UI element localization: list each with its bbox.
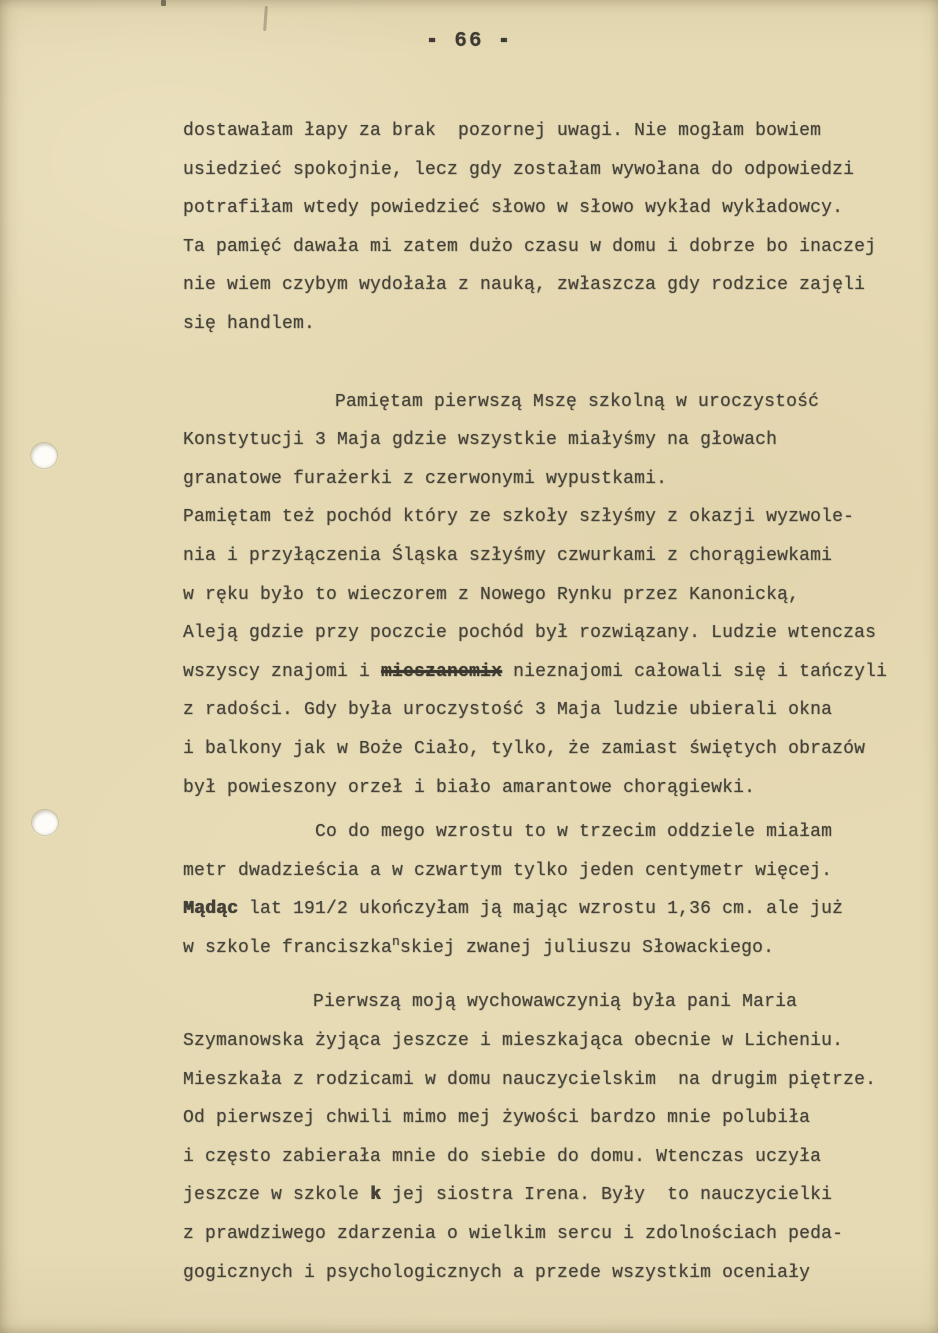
text-segment: Co do mego wzrostu to w trzecim oddziele… [315, 822, 832, 842]
text-line: Szymanowska żyjąca jeszcze i mieszkająca… [183, 1022, 895, 1061]
paragraph: dostawałam łapy za brak pozornej uwagi. … [183, 112, 895, 344]
text-line: wszyscy znajomi i mieszanemix nieznajomi… [183, 653, 895, 692]
text-segment: Szymanowska żyjąca jeszcze i mieszkająca… [183, 1031, 843, 1051]
overstruck-text: k [370, 1185, 381, 1205]
text-segment: granatowe furażerki z czerwonymi wypustk… [183, 469, 667, 489]
text-segment: nieznajomi całowali się i tańczyli [502, 662, 887, 682]
text-segment: się handlem. [183, 314, 315, 334]
text-segment: nia i przyłączenia Śląska szłyśmy czwurk… [183, 546, 832, 566]
overstruck-text: Mądąc [183, 899, 238, 919]
text-line: Pierwszą moją wychowawczynią była pani M… [183, 983, 895, 1022]
text-line: granatowe furażerki z czerwonymi wypustk… [183, 460, 895, 499]
struck-out-text: mieszanemix [381, 662, 502, 682]
page-number: -66- [0, 30, 938, 53]
text-segment: Ta pamięć dawała mi zatem dużo czasu w d… [183, 237, 876, 257]
text-line: i często zabierała mnie do siebie do dom… [183, 1138, 895, 1177]
text-segment: lat 191/2 ukończyłam ją mając wzrostu 1,… [238, 899, 843, 919]
text-line: Ta pamięć dawała mi zatem dużo czasu w d… [183, 228, 895, 267]
text-line: Mądąc lat 191/2 ukończyłam ją mając wzro… [183, 890, 895, 929]
text-line: Konstytucji 3 Maja gdzie wszystkie miały… [183, 421, 895, 460]
text-line: nie wiem czybym wydołała z nauką, zwłasz… [183, 266, 895, 305]
page-number-dash-right: - [498, 23, 513, 60]
text-segment: z radości. Gdy była uroczystość 3 Maja l… [183, 700, 832, 720]
superscript-correction: n [392, 934, 400, 949]
text-segment: w szkole franciszka [183, 938, 392, 958]
text-segment: skiej zwanej juliuszu Słowackiego. [400, 938, 774, 958]
text-line: Mieszkała z rodzicami w domu nauczyciels… [183, 1061, 895, 1100]
paragraph: Co do mego wzrostu to w trzecim oddziele… [183, 813, 895, 967]
ink-speck [161, 0, 166, 6]
text-line: nia i przyłączenia Śląska szłyśmy czwurk… [183, 537, 895, 576]
text-segment: gogicznych i psychologicznych a przede w… [183, 1263, 810, 1283]
text-line: w szkole franciszkanskiej zwanej juliusz… [183, 929, 895, 968]
text-segment: Konstytucji 3 Maja gdzie wszystkie miały… [183, 430, 777, 450]
text-block: dostawałam łapy za brak pozornej uwagi. … [183, 112, 895, 1292]
text-segment: Mieszkała z rodzicami w domu nauczyciels… [183, 1070, 876, 1090]
text-line: się handlem. [183, 305, 895, 344]
text-segment: metr dwadzieścia a w czwartym tylko jede… [183, 861, 832, 881]
hole-punch-top [31, 443, 57, 468]
text-line: gogicznych i psychologicznych a przede w… [183, 1254, 895, 1293]
text-segment: Pamiętam pierwszą Mszę szkolną w uroczys… [335, 392, 819, 412]
text-segment: i często zabierała mnie do siebie do dom… [183, 1147, 821, 1167]
text-line: usiedzieć spokojnie, lecz gdy zostałam w… [183, 151, 895, 190]
text-line: jeszcze w szkole k jej siostra Irena. By… [183, 1176, 895, 1215]
text-segment: jeszcze w szkole [183, 1185, 370, 1205]
text-line: był powieszony orzeł i biało amarantowe … [183, 769, 895, 808]
text-line: dostawałam łapy za brak pozornej uwagi. … [183, 112, 895, 151]
text-line: Co do mego wzrostu to w trzecim oddziele… [183, 813, 895, 852]
text-line: z radości. Gdy była uroczystość 3 Maja l… [183, 691, 895, 730]
text-line: metr dwadzieścia a w czwartym tylko jede… [183, 852, 895, 891]
text-line: Pamiętam też pochód który ze szkoły szły… [183, 498, 895, 537]
text-segment: Pamiętam też pochód który ze szkoły szły… [183, 507, 854, 527]
text-line: Aleją gdzie przy poczcie pochód był rozw… [183, 614, 895, 653]
text-segment: Aleją gdzie przy poczcie pochód był rozw… [183, 623, 876, 643]
paragraph: Pamiętam pierwszą Mszę szkolną w uroczys… [183, 383, 895, 499]
page-number-value: 66 [454, 30, 483, 53]
text-segment: potrafiłam wtedy powiedzieć słowo w słow… [183, 198, 843, 218]
text-segment: wszyscy znajomi i [183, 662, 381, 682]
text-segment: jej siostra Irena. Były to nauczycielki [381, 1185, 832, 1205]
paragraph: Pierwszą moją wychowawczynią była pani M… [183, 983, 895, 1292]
text-segment: był powieszony orzeł i biało amarantowe … [183, 778, 755, 798]
text-line: Od pierwszej chwili mimo mej żywości bar… [183, 1099, 895, 1138]
text-line: potrafiłam wtedy powiedzieć słowo w słow… [183, 189, 895, 228]
page-number-dash-left: - [426, 23, 441, 60]
text-line: Pamiętam pierwszą Mszę szkolną w uroczys… [183, 383, 895, 422]
text-segment: i balkony jak w Boże Ciało, tylko, że za… [183, 739, 865, 759]
hole-punch-bottom [32, 810, 58, 835]
text-segment: nie wiem czybym wydołała z nauką, zwłasz… [183, 275, 865, 295]
pencil-smudge [263, 6, 268, 31]
text-line: w ręku było to wieczorem z Nowego Rynku … [183, 576, 895, 615]
text-segment: z prawdziwego zdarzenia o wielkim sercu … [183, 1224, 843, 1244]
text-line: i balkony jak w Boże Ciało, tylko, że za… [183, 730, 895, 769]
text-segment: dostawałam łapy za brak pozornej uwagi. … [183, 121, 821, 141]
text-segment: usiedzieć spokojnie, lecz gdy zostałam w… [183, 160, 854, 180]
scanned-document-page: -66- dostawałam łapy za brak pozornej uw… [0, 0, 938, 1333]
paragraph: Pamiętam też pochód który ze szkoły szły… [183, 498, 895, 807]
text-line: z prawdziwego zdarzenia o wielkim sercu … [183, 1215, 895, 1254]
text-segment: w ręku było to wieczorem z Nowego Rynku … [183, 585, 799, 605]
text-segment: Pierwszą moją wychowawczynią była pani M… [313, 992, 797, 1012]
text-segment: Od pierwszej chwili mimo mej żywości bar… [183, 1108, 810, 1128]
